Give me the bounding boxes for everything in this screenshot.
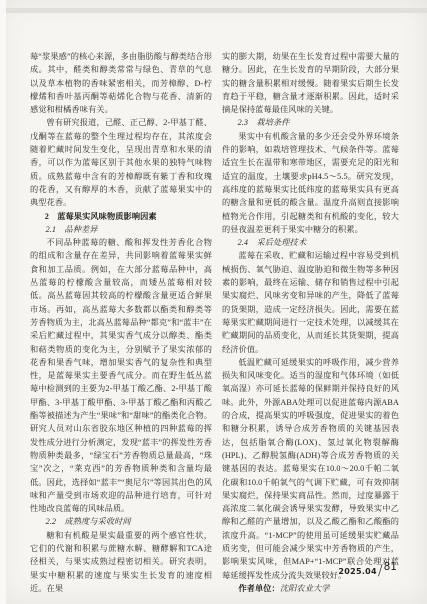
- right-column: 实的膨大期，幼果在生长发育过程中需要大量的糖分。因此，在生长发育的早期阶段，大部…: [222, 50, 399, 595]
- page-footer: 2025.04/81: [338, 559, 397, 578]
- body-paragraph: 曾有研究报道，己醛、正己醇、2-甲基丁醛、戊酮等在蓝莓的整个生理过程均存在，其浓…: [30, 116, 212, 209]
- scan-artifact-left-edge: [0, 0, 6, 604]
- page-number: 81: [384, 561, 397, 573]
- subsection-heading: 2.2 成熟度与采收时间: [30, 515, 212, 528]
- subsection-heading: 2.3 栽培条件: [222, 116, 399, 129]
- body-paragraph: 低温贮藏可延缓果实的呼吸作用，减少营养损失和风味变化。适当的湿度和气体环境（如低…: [222, 356, 399, 582]
- body-paragraph: 莓“浆果感”的核心来源，多由脂肪酸与醇类结合形成。其中，醛类和醇类常常与绿色、青…: [30, 50, 212, 116]
- subsection-heading: 2.4 采后处理技术: [222, 236, 399, 249]
- section-heading: 2 蓝莓果实风味物质影响因素: [30, 210, 212, 223]
- author-affiliation-label: 作者单位：: [238, 584, 279, 593]
- body-paragraph: 糖和有机酸是果实最重要的两个感官性状，它们的代谢和积累与蔗糖水解、糖酵解和TCA…: [30, 529, 212, 595]
- issue-date: 2025.04: [338, 567, 377, 576]
- scanned-article-page: 莓“浆果感”的核心来源，多由脂肪酸与醇类结合形成。其中，醛类和醇类常常与绿色、青…: [0, 0, 427, 604]
- body-paragraph: 实的膨大期，幼果在生长发育过程中需要大量的糖分。因此，在生长发育的早期阶段，大部…: [222, 50, 399, 116]
- author-affiliation: 作者单位：沈阳农业大学: [222, 582, 399, 595]
- body-paragraph: 蓝莓在采收、贮藏和运输过程中容易受到机械损伤、氧气胁迫、温度胁迫和微生物等多种因…: [222, 249, 399, 355]
- author-affiliation-value: 沈阳农业大学: [280, 584, 330, 593]
- subsection-heading: 2.1 品种差异: [30, 223, 212, 236]
- body-paragraph: 不同品种蓝莓的糖、酸和挥发性芳香化合物的组成和含量存在差异，共同影响着蓝莓果实鲜…: [30, 236, 212, 515]
- scan-artifact-top-bar: [0, 8, 427, 13]
- body-paragraph: 果实中有机酸含量的多少还会受外界环境条件的影响，如栽培管理技术、气候条件等。蓝莓…: [222, 130, 399, 236]
- left-column: 莓“浆果感”的核心来源，多由脂肪酸与醇类结合形成。其中，醛类和醇类常常与绿色、青…: [30, 50, 212, 595]
- footer-slash: /: [378, 563, 383, 579]
